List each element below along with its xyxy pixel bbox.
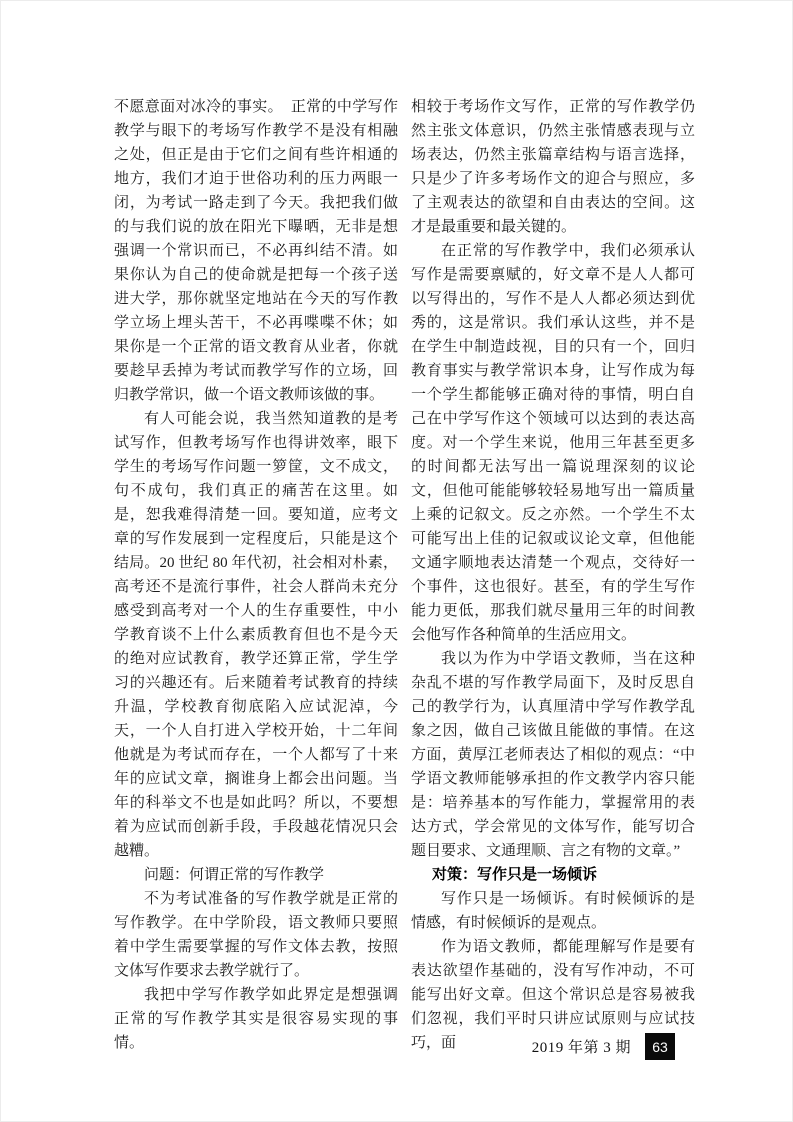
section-heading: 问题：何谓正常的写作教学 bbox=[114, 863, 398, 887]
paragraph: 我把中学写作教学如此界定是想强调正常的写作教学其实是很容易实现的事情。 bbox=[114, 983, 398, 1055]
issue-label: 2019 年第 3 期 bbox=[532, 1036, 631, 1057]
paragraph: 有人可能会说，我当然知道教的是考试写作，但教考场写作也得讲效率，眼下学生的考场写… bbox=[114, 407, 398, 863]
page-number-badge: 63 bbox=[645, 1033, 675, 1060]
journal-page: 不愿意面对冰冷的事实。 正常的中学写作教学与眼下的考场写作教学不是没有相融之处，… bbox=[0, 0, 793, 1122]
paragraph: 写作只是一场倾诉。有时候倾诉的是情感，有时候倾诉的是观点。 bbox=[411, 887, 695, 935]
section-heading: 对策：写作只是一场倾诉 bbox=[411, 863, 695, 887]
paragraph: 不愿意面对冰冷的事实。 正常的中学写作教学与眼下的考场写作教学不是没有相融之处，… bbox=[114, 95, 398, 407]
article-body: 不愿意面对冰冷的事实。 正常的中学写作教学与眼下的考场写作教学不是没有相融之处，… bbox=[114, 95, 695, 1055]
page-footer: 2019 年第 3 期 63 bbox=[532, 1033, 675, 1060]
right-column: 相较于考场作文写作，正常的写作教学仍然主张文体意识，仍然主张情感表现与立场表达，… bbox=[411, 95, 695, 1055]
left-column: 不愿意面对冰冷的事实。 正常的中学写作教学与眼下的考场写作教学不是没有相融之处，… bbox=[114, 95, 398, 1055]
paragraph: 不为考试准备的写作教学就是正常的写作教学。在中学阶段，语文教师只要照着中学生需要… bbox=[114, 887, 398, 983]
paragraph: 我以为作为中学语文教师，当在这种杂乱不堪的写作教学局面下，及时反思自己的教学行为… bbox=[411, 647, 695, 863]
paragraph: 在正常的写作教学中，我们必须承认写作是需要禀赋的，好文章不是人人都可以写得出的，… bbox=[411, 239, 695, 647]
paragraph: 相较于考场作文写作，正常的写作教学仍然主张文体意识，仍然主张情感表现与立场表达，… bbox=[411, 95, 695, 239]
